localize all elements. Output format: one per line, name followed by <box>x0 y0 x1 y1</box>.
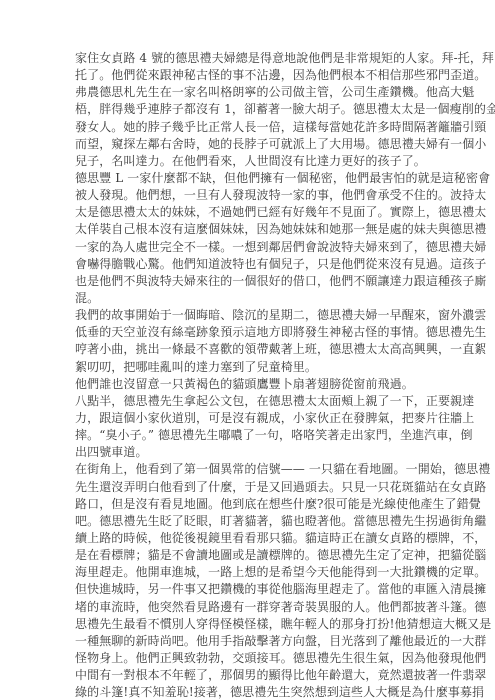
text-line: 哼著小曲，挑出一條最不喜歡的領帶戴著上班，德思禮太太高高興興，一直絮 <box>75 341 420 358</box>
text-line: 八點半，德思禮先生拿起公文包，在德思禮太太面頰上親了一下，正要親達 <box>75 393 420 410</box>
text-line: 德思豐 L 一家什麼都不缺，但他們擁有一個秘密，他們最害怕的就是這秘密會 <box>75 170 420 187</box>
text-line: 中間有一對根本不年輕了，那個男的顯得比他年齡還大，竟然還披著一件翡翠 <box>75 667 420 684</box>
text-line: 低垂的天空並沒有絲毫跡象預示這地方即將發生神秘古怪的事情。德思禮先生 <box>75 324 420 341</box>
text-line: 摔。“臭小子。” 德思禮先生嘟噥了一句，咯咯笑著走出家門，坐進汽車，倒 <box>75 427 420 444</box>
text-line: 他們誰也沒留意一只黃褐色的貓頭鷹豐卜扇著翅膀從窗前飛過。 <box>75 376 420 393</box>
text-line: 混。 <box>75 290 420 307</box>
text-line: 托了。他們從來跟神秘古怪的事不沾邊，因為他們根本不相信那些邪門歪道。 <box>75 67 420 84</box>
text-line: 先生還沒弄明白他看到了什麼，于是又回過頭去。只見一只花斑貓站在女貞路 <box>75 479 420 496</box>
text-line: 路口，但是沒有看見地圖。他到底在想些什麼?很可能是光線使他產生了錯覺 <box>75 496 420 513</box>
text-line: 綠的斗篷!真不知羞恥!接著，德思禮先生突然想到這些人大概是為什麼事募捐 <box>75 684 420 700</box>
text-line: 會嚇得膽戰心驚。他們知道波特也有個兒子，只是他們從來沒有見過。這孩子 <box>75 256 420 273</box>
text-line: 家住女貞路 4 號的德思禮夫婦總是得意地說他們是非常規矩的人家。拜-托，拜 <box>75 50 420 67</box>
text-line: 在街角上，他看到了第一個異常的信號—— 一只貓在看地圖。一開始，德思禮 <box>75 461 420 478</box>
text-line: 兒子，名叫達力。在他們看來，人世間沒有比達力更好的孩子了。 <box>75 153 420 170</box>
text-line: 梧，胖得幾乎連脖子都沒有 1，卻蓄著一臉大胡子。德思禮太太是一個瘦削的金 <box>75 101 420 118</box>
text-line: 出四號車道。 <box>75 444 420 461</box>
text-line: 力，跟這個小家伙道別，可是沒有親成，小家伙正在發脾氣，把麥片往牆上 <box>75 410 420 427</box>
text-line: 怪物身上。他們正興致勃勃，交頭接耳。德思禮先生很生氣，因為他發現他們 <box>75 650 420 667</box>
text-line: 也是他們不與波特夫婦來往的一個很好的借口，他們不願讓達力跟這種孩子廝 <box>75 273 420 290</box>
text-line: 發女人。她的脖子幾乎比正常人長一倍，這樣每當她花許多時間隔著籬牆引頸 <box>75 119 420 136</box>
text-line: 海里趕走。他開車進城，一路上想的是希望今天他能得到一大批鑽機的定單。 <box>75 564 420 581</box>
text-line: 我們的故事開始于一個晦暗、陰沉的星期二，德思禮夫婦一早醒來，窗外濃雲 <box>75 307 420 324</box>
text-line: 思禮先生最看不慣別人穿得怪模怪樣，瞧年輕人的那身打扮!他猜想這大概又是 <box>75 616 420 633</box>
text-line: 是在看標牌；貓是不會讀地圖或是讀標牌的。德思禮先生定了定神，把貓從腦 <box>75 547 420 564</box>
text-line: 絮叨叨，把哪哇亂叫的達力塞到了兒童椅里。 <box>75 359 420 376</box>
text-line: 一家的為人處世完全不一樣。一想到鄰居們會說波特夫婦來到了，德思禮夫婦 <box>75 239 420 256</box>
document-page: 家住女貞路 4 號的德思禮夫婦總是得意地說他們是非常規矩的人家。拜-托，拜 托了… <box>0 0 495 700</box>
text-line: 吧。德思禮先生眨了眨眼，盯著貓著，貓也瞪著他。當德思禮先生拐過街角繼 <box>75 513 420 530</box>
text-line: 太佯裝自己根本沒有這麼個妹妹，因為她妹妹和她那一無是處的妹夫與德思禮 <box>75 221 420 238</box>
text-line: 太是德思禮太太的妹妹，不過她們已經有好幾年不見面了。實際上，德思禮太 <box>75 204 420 221</box>
text-line: 被人發現。他們想，一旦有人發現波特一家的事，他們會承受不住的。波持太 <box>75 187 420 204</box>
text-line: 堵的車流時，他突然看見路邊有一群穿著奇裝異服的人。他們都披著斗篷。德 <box>75 599 420 616</box>
text-line: 但快進城時，另一件事又把鑽機的事從他腦海里趕走了。當他的車匯入清晨擁 <box>75 581 420 598</box>
text-line: 續上路的時候，他從後視鏡里看看那只貓。貓這時正在讀女貞路的標牌，不， <box>75 530 420 547</box>
text-line: 弗農德思札先生在一家名叫格朗寧的公司做主管，公司生產鑽機。他高大魁 <box>75 84 420 101</box>
text-line: 而望，窺探左鄰右舍時，她的長脖子可就派上了大用場。德思禮夫婦有一個小 <box>75 136 420 153</box>
text-line: 一種無聊的新時尚吧。他用手指敲擊著方向盤，目光落到了離他最近的一大群 <box>75 633 420 650</box>
document-text-block: 家住女貞路 4 號的德思禮夫婦總是得意地說他們是非常規矩的人家。拜-托，拜 托了… <box>75 50 420 700</box>
